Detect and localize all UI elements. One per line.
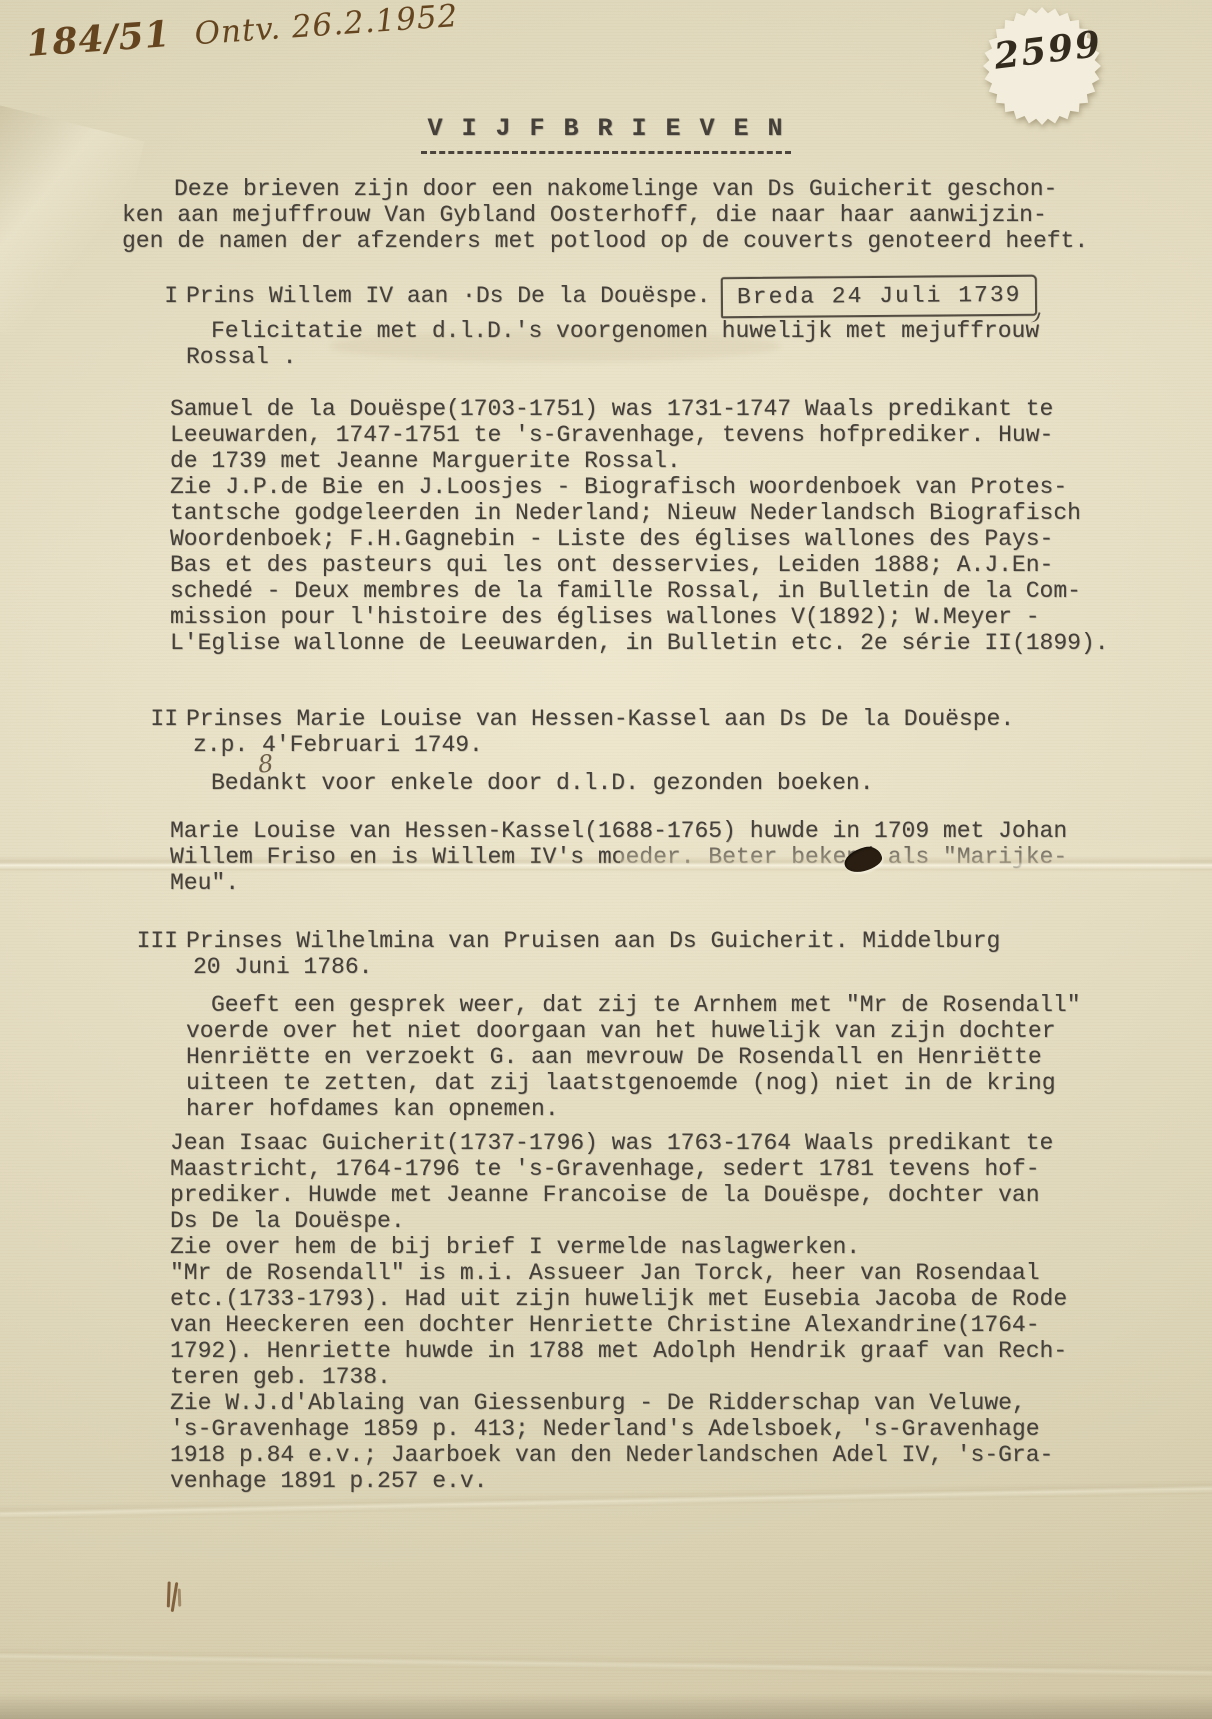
section-3-numeral: III (122, 928, 178, 954)
section-1-notes: Samuel de la Douëspe(1703-1751) was 1731… (170, 396, 1109, 656)
section-2-heading: II Prinses Marie Louise van Hessen-Kasse… (122, 706, 1014, 732)
text-line: Leeuwarden, 1747-1751 te 's-Gravenhage, … (170, 422, 1109, 448)
text-line: ken aan mejuffrouw Van Gybland Oosterhof… (122, 202, 1088, 228)
text-line: schedé - Deux membres de la famille Ross… (170, 578, 1109, 604)
ink-scribble-mark (161, 1581, 186, 1613)
text-line: Deze brieven zijn door een nakomelinge v… (122, 176, 1088, 202)
text-line: teren geb. 1738. (170, 1364, 1067, 1390)
handwritten-archive-note: 184/51 Ontv. 26.2.1952 (25, 0, 459, 65)
text-line: 1792). Henriette huwde in 1788 met Adolp… (170, 1338, 1067, 1364)
text-line: 1918 p.84 e.v.; Jaarboek van den Nederla… (170, 1442, 1067, 1468)
section-3-notes: Jean Isaac Guicherit(1737-1796) was 1763… (170, 1130, 1067, 1494)
text-line: Willem Friso en is Willem IV's moeder. B… (170, 844, 1067, 870)
typewritten-archival-page: 184/51 Ontv. 26.2.1952 2599 V I J F B R … (0, 0, 1212, 1719)
text-line: Ds De la Douëspe. (170, 1208, 1067, 1234)
text-line: 's-Gravenhage 1859 p. 413; Nederland's A… (170, 1416, 1067, 1442)
text-line: mission pour l'histoire des églises wall… (170, 604, 1109, 630)
text-line: Woordenboek; F.H.Gagnebin - Liste des ég… (170, 526, 1109, 552)
text-line: Maastricht, 1764-1796 te 's-Gravenhage, … (170, 1156, 1067, 1182)
text-line: gen de namen der afzenders met potlood o… (122, 228, 1088, 254)
section-2-summary: Bedankt voor enkele door d.l.D. gezonden… (186, 770, 874, 796)
text-line: Felicitatie met d.l.D.'s voorgenomen huw… (186, 318, 1039, 344)
text-line: Bedankt voor enkele door d.l.D. gezonden… (186, 770, 874, 796)
section-1-numeral: I (122, 283, 178, 309)
section-2-heading-text: Prinses Marie Louise van Hessen-Kassel a… (186, 706, 1014, 732)
text-line: Zie J.P.de Bie en J.Loosjes - Biografisc… (170, 474, 1109, 500)
section-2-date-line: z.p. 4'Februari 1749. (193, 732, 483, 758)
text-line: de 1739 met Jeanne Marguerite Rossal. (170, 448, 1109, 474)
text-line: venhage 1891 p.257 e.v. (170, 1468, 1067, 1494)
text-line: van Heeckeren een dochter Henriette Chri… (170, 1312, 1067, 1338)
text-line: "Mr de Rosendall" is m.i. Assueer Jan To… (170, 1260, 1067, 1286)
section-3-heading: III Prinses Wilhelmina van Pruisen aan D… (122, 928, 1000, 954)
text-line: Jean Isaac Guicherit(1737-1796) was 1763… (170, 1130, 1067, 1156)
received-date-note: Ontv. 26.2.1952 (193, 0, 459, 52)
text-line: Bas et des pasteurs qui les ont desservi… (170, 552, 1109, 578)
text-line: voerde over het niet doorgaan van het hu… (186, 1018, 1081, 1044)
text-line: etc.(1733-1793). Had uit zijn huwelijk m… (170, 1286, 1067, 1312)
archive-number: 184/51 (25, 13, 172, 65)
bottom-crease-2 (0, 1647, 1212, 1680)
text-line: Meu". (170, 870, 1067, 896)
section-2-notes: Marie Louise van Hessen-Kassel(1688-1765… (170, 818, 1067, 896)
intro-paragraph: Deze brieven zijn door een nakomelinge v… (122, 176, 1088, 254)
text-line: Marie Louise van Hessen-Kassel(1688-1765… (170, 818, 1067, 844)
section-1-boxed-date: Breda 24 Juli 1739 (720, 275, 1037, 318)
page-title: V I J F B R I E V E N (0, 114, 1212, 154)
text-line: Zie W.J.d'Ablaing van Giessenburg - De R… (170, 1390, 1067, 1416)
text-line: tantsche godgeleerden in Nederland; Nieu… (170, 500, 1109, 526)
text-line: Zie over hem de bij brief I vermelde nas… (170, 1234, 1067, 1260)
serrated-seal-sticker: 2599 (980, 4, 1104, 128)
section-3-heading-text: Prinses Wilhelmina van Pruisen aan Ds Gu… (186, 928, 1000, 954)
text-line: Rossal . (186, 344, 1039, 370)
section-2-numeral: II (122, 706, 178, 732)
text-line: harer hofdames kan opnemen. (186, 1096, 1081, 1122)
text-line: Henriëtte en verzoekt G. aan mevrouw De … (186, 1044, 1081, 1070)
text-line: Samuel de la Douëspe(1703-1751) was 1731… (170, 396, 1109, 422)
section-1-summary: Felicitatie met d.l.D.'s voorgenomen huw… (186, 318, 1039, 370)
text-line: L'Eglise wallonne de Leeuwarden, in Bull… (170, 630, 1109, 656)
section-3-date-line: 20 Juni 1786. (193, 954, 372, 980)
sheet-edge-shadow (0, 1693, 1212, 1719)
text-line: prediker. Huwde met Jeanne Francoise de … (170, 1182, 1067, 1208)
text-line: Geeft een gesprek weer, dat zij te Arnhe… (186, 992, 1081, 1018)
section-3-summary: Geeft een gesprek weer, dat zij te Arnhe… (186, 992, 1081, 1122)
text-line: uiteen te zetten, dat zij laatstgenoemde… (186, 1070, 1081, 1096)
section-1-heading-text: Prins Willem IV aan ·Ds De la Douëspe. (186, 283, 711, 309)
